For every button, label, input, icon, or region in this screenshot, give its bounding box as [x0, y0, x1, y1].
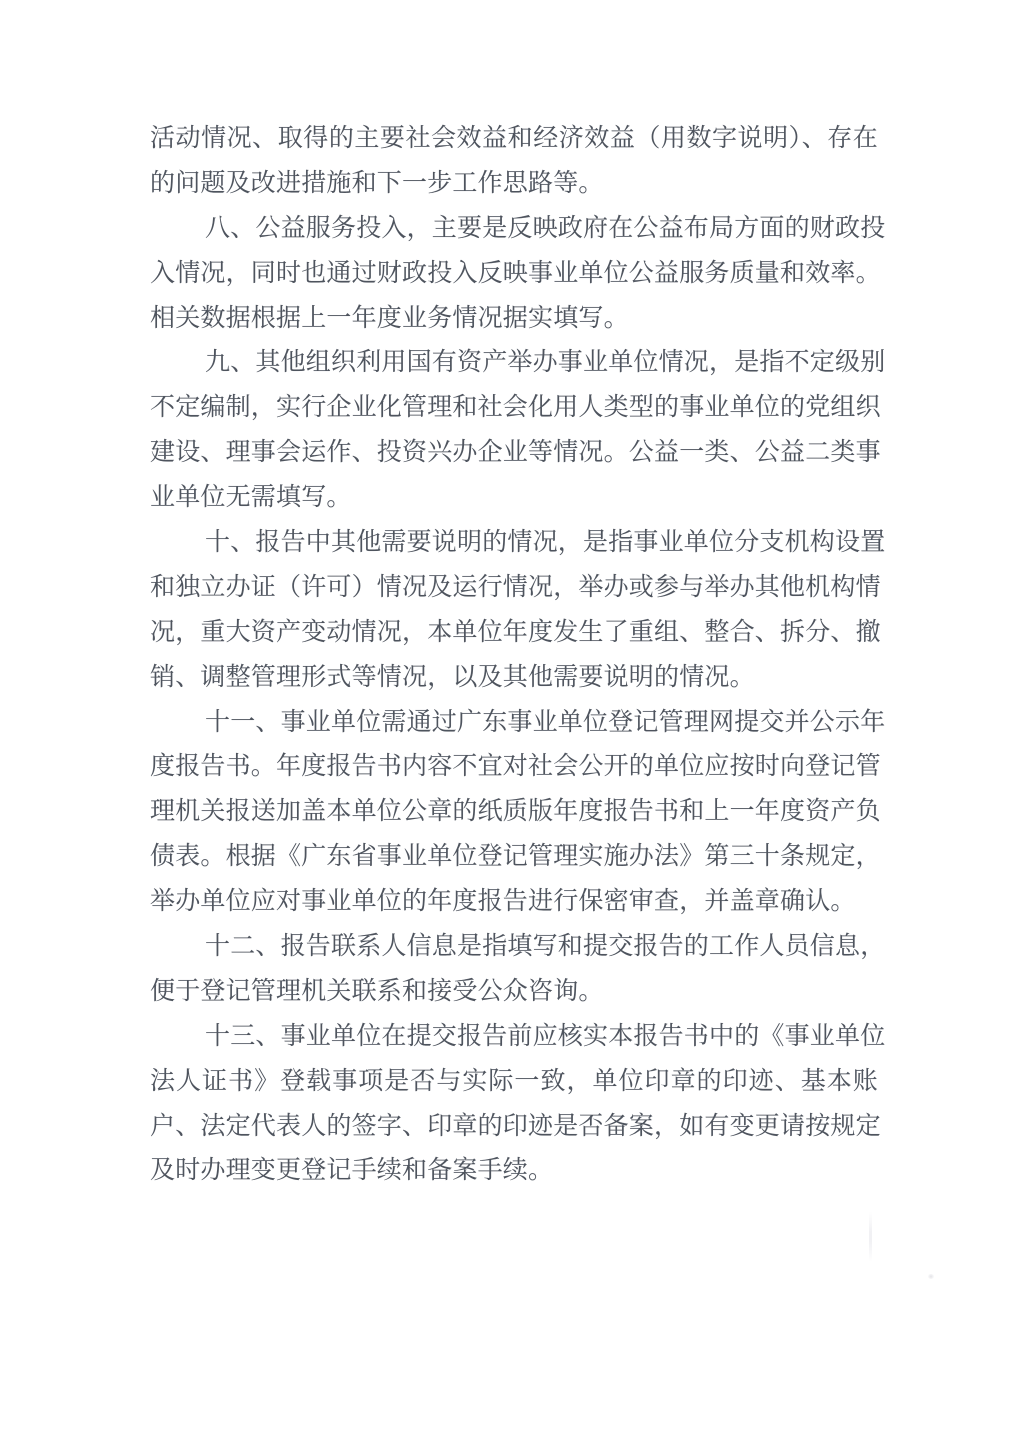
- text-line: 十二、报告联系人信息是指填写和提交报告的工作人员信息，: [150, 925, 878, 970]
- text-line: 相关数据根据上一年度业务情况据实填写。: [150, 297, 878, 342]
- text-line: 十一、事业单位需通过广东事业单位登记管理网提交并公示年: [150, 701, 878, 746]
- text-line: 建设、理事会运作、投资兴办企业等情况。公益一类、公益二类事: [150, 431, 878, 476]
- document-page: 活动情况、取得的主要社会效益和经济效益（用数字说明）、存在的问题及改进措施和下一…: [150, 117, 878, 1194]
- text-line: 销、调整管理形式等情况，以及其他需要说明的情况。: [150, 656, 878, 701]
- text-line: 活动情况、取得的主要社会效益和经济效益（用数字说明）、存在: [150, 117, 878, 162]
- text-line: 八、公益服务投入，主要是反映政府在公益布局方面的财政投: [150, 207, 878, 252]
- text-line: 入情况，同时也通过财政投入反映事业单位公益服务质量和效率。: [150, 252, 878, 297]
- text-line: 度报告书。年度报告书内容不宜对社会公开的单位应按时向登记管: [150, 745, 878, 790]
- text-line: 十、报告中其他需要说明的情况，是指事业单位分支机构设置: [150, 521, 878, 566]
- text-line: 债表。根据《广东省事业单位登记管理实施办法》第三十条规定，: [150, 835, 878, 880]
- scan-artifact-dot: [928, 1274, 934, 1279]
- text-line: 九、其他组织利用国有资产举办事业单位情况，是指不定级别: [150, 341, 878, 386]
- text-line: 户、法定代表人的签字、印章的印迹是否备案，如有变更请按规定: [150, 1105, 878, 1150]
- text-line: 的问题及改进措施和下一步工作思路等。: [150, 162, 878, 207]
- text-line: 况，重大资产变动情况，本单位年度发生了重组、整合、拆分、撤: [150, 611, 878, 656]
- text-line: 及时办理变更登记手续和备案手续。: [150, 1149, 878, 1194]
- text-line: 举办单位应对事业单位的年度报告进行保密审查，并盖章确认。: [150, 880, 878, 925]
- text-line: 便于登记管理机关联系和接受公众咨询。: [150, 970, 878, 1015]
- text-line: 不定编制，实行企业化管理和社会化用人类型的事业单位的党组织: [150, 386, 878, 431]
- text-line: 十三、事业单位在提交报告前应核实本报告书中的《事业单位: [150, 1015, 878, 1060]
- text-line: 法人证书》登载事项是否与实际一致，单位印章的印迹、基本账: [150, 1060, 878, 1105]
- scan-artifact-streak: [869, 1212, 872, 1262]
- text-line: 和独立办证（许可）情况及运行情况，举办或参与举办其他机构情: [150, 566, 878, 611]
- text-line: 理机关报送加盖本单位公章的纸质版年度报告书和上一年度资产负: [150, 790, 878, 835]
- scanned-document: { "colors": { "page_background": "#fffff…: [0, 0, 1024, 1447]
- text-line: 业单位无需填写。: [150, 476, 878, 521]
